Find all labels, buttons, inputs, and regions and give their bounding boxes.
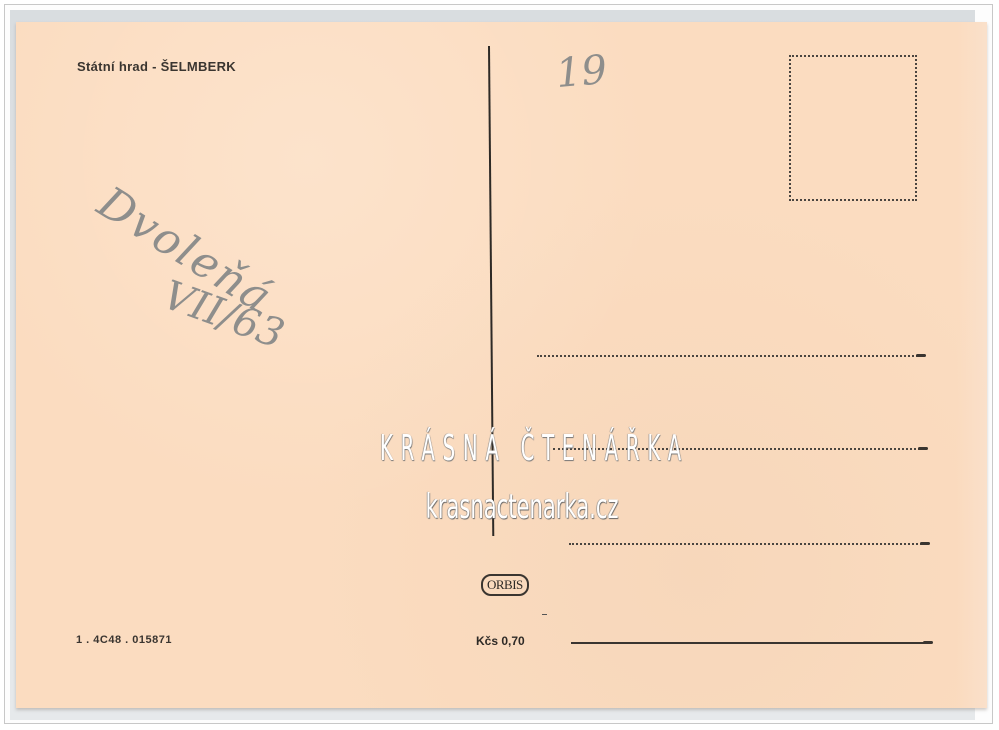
stamp-placeholder-box bbox=[789, 55, 917, 201]
address-line-1 bbox=[537, 355, 922, 357]
handwritten-number: 19 bbox=[554, 47, 609, 97]
serial-number: 1 . 4C48 . 015871 bbox=[76, 634, 172, 646]
watermark-url[interactable]: krasnactenarka.cz bbox=[426, 487, 575, 527]
watermark-brand: KRÁSNÁ ČTENÁŘKA bbox=[380, 428, 600, 469]
card-edge-shading bbox=[957, 22, 987, 708]
orbis-logo: ORBIS bbox=[481, 574, 529, 596]
address-line-3 bbox=[569, 543, 926, 545]
print-mark bbox=[542, 614, 547, 615]
price-label: Kčs 0,70 bbox=[476, 634, 525, 648]
postcard: Státní hrad - ŠELMBERK 19 Dvoleňá VII/63… bbox=[16, 22, 987, 708]
address-line-4 bbox=[571, 642, 929, 644]
postcard-title: Státní hrad - ŠELMBERK bbox=[77, 59, 236, 74]
